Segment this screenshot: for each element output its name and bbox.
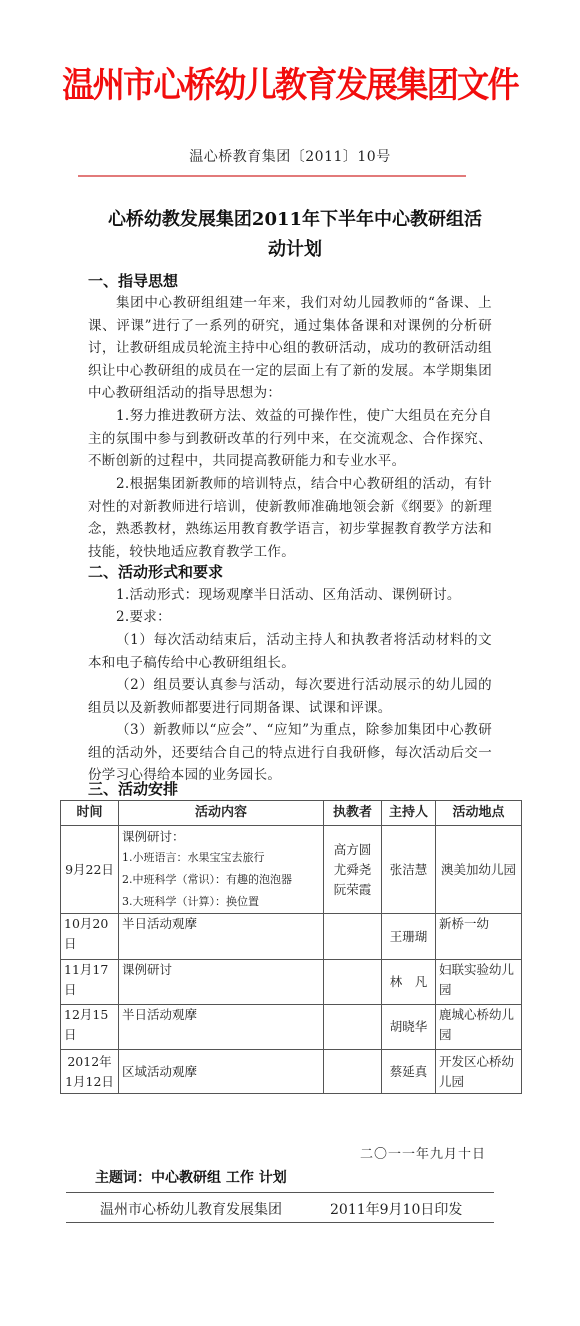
cell-content: 半日活动观摩 <box>119 914 324 960</box>
column-header-location: 活动地点 <box>436 801 522 826</box>
table-row: 11月17日 课例研讨 林 凡 妇联实验幼儿园 <box>61 960 522 1005</box>
cell-content: 课例研讨： 1.小班语言：水果宝宝去旅行 2.中班科学（常识）：有趣的泡泡器 3… <box>119 826 324 914</box>
content-item: 1.小班语言：水果宝宝去旅行 <box>122 847 320 869</box>
signature-date: 二〇一一年九月十日 <box>360 1143 486 1162</box>
org-title: 温州市心桥幼儿教育发展集团文件 <box>23 58 557 108</box>
document-number: 温心桥教育集团〔2011〕10号 <box>0 146 580 166</box>
cell-host: 王珊瑚 <box>382 914 436 960</box>
cell-time: 9月22日 <box>61 826 119 914</box>
subject-keywords: 主题词：中心教研组 工作 计划 <box>95 1167 287 1187</box>
table-row: 2012年1月12日 区域活动观摩 蔡延真 开发区心桥幼儿园 <box>61 1050 522 1094</box>
cell-location: 澳美加幼儿园 <box>436 826 522 914</box>
cell-host: 张洁慧 <box>382 826 436 914</box>
cell-host: 胡晓华 <box>382 1005 436 1050</box>
document-title-line1: 心桥幼教发展集团2011年下半年中心教研组活 <box>70 205 520 235</box>
table-row: 9月22日 课例研讨： 1.小班语言：水果宝宝去旅行 2.中班科学（常识）：有趣… <box>61 826 522 914</box>
content-title: 课例研讨： <box>122 827 320 847</box>
cell-host: 林 凡 <box>382 960 436 1005</box>
section-heading-schedule: 三、活动安排 <box>88 778 178 799</box>
cell-location: 新桥一幼 <box>436 914 522 960</box>
cell-content: 区域活动观摩 <box>119 1050 324 1094</box>
table-row: 10月20日 半日活动观摩 王珊瑚 新桥一幼 <box>61 914 522 960</box>
cell-time: 2012年1月12日 <box>61 1050 119 1094</box>
paragraph: 2.要求： <box>88 606 492 629</box>
cell-location: 开发区心桥幼儿园 <box>436 1050 522 1094</box>
table-row: 12月15日 半日活动观摩 胡晓华 鹿城心桥幼儿园 <box>61 1005 522 1050</box>
section-heading-guiding-ideas: 一、指导思想 <box>88 270 178 291</box>
paragraph: 1.活动形式：现场观摩半日活动、区角活动、课例研讨。 <box>88 584 492 607</box>
column-header-teacher: 执教者 <box>324 801 382 826</box>
cell-teachers: 高方圆 尤舜尧 阮荣霞 <box>324 826 382 914</box>
teacher-name: 高方圆 <box>327 840 378 860</box>
cell-location: 鹿城心桥幼儿园 <box>436 1005 522 1050</box>
paragraph: 集团中心教研组组建一年来，我们对幼儿园教师的“备课、上课、评课”进行了一系列的研… <box>88 292 492 405</box>
cell-time: 11月17日 <box>61 960 119 1005</box>
cell-teachers <box>324 1050 382 1094</box>
cell-teachers <box>324 960 382 1005</box>
header-divider <box>78 175 466 177</box>
paragraph: （2）组员要认真参与活动，每次要进行活动展示的幼儿园的组员以及新教师都要进行同期… <box>88 674 492 719</box>
column-header-time: 时间 <box>61 801 119 826</box>
subject-terms: 中心教研组 工作 计划 <box>151 1170 287 1186</box>
column-header-content: 活动内容 <box>119 801 324 826</box>
table-header-row: 时间 活动内容 执教者 主持人 活动地点 <box>61 801 522 826</box>
content-item: 2.中班科学（常识）：有趣的泡泡器 <box>122 869 320 891</box>
cell-time: 10月20日 <box>61 914 119 960</box>
cell-location: 妇联实验幼儿园 <box>436 960 522 1005</box>
paragraph: 1.努力推进教研方法、效益的可操作性，使广大组员在充分自主的氛围中参与到教研改革… <box>88 405 492 473</box>
cell-content: 课例研讨 <box>119 960 324 1005</box>
teacher-name: 尤舜尧 <box>327 860 378 880</box>
issuer-name: 温州市心桥幼儿教育发展集团 <box>100 1199 282 1219</box>
cell-content: 半日活动观摩 <box>119 1005 324 1050</box>
cell-teachers <box>324 1005 382 1050</box>
document-title: 心桥幼教发展集团2011年下半年中心教研组活 动计划 <box>70 205 520 265</box>
cell-time: 12月15日 <box>61 1005 119 1050</box>
cell-host: 蔡延真 <box>382 1050 436 1094</box>
section-heading-activity-form: 二、活动形式和要求 <box>88 561 223 582</box>
paragraph: 2.根据集团新教师的培训特点，结合中心教研组的活动，有针对性的对新教师进行培训，… <box>88 473 492 563</box>
paragraph: （1）每次活动结束后，活动主持人和执教者将活动材料的文本和电子稿传给中心教研组组… <box>88 629 492 674</box>
document-title-line2: 动计划 <box>70 235 520 265</box>
subject-label: 主题词： <box>95 1170 151 1186</box>
footer-divider-top <box>66 1192 494 1193</box>
teacher-name: 阮荣霞 <box>327 880 378 900</box>
paragraph: （3）新教师以“应会”、“应知”为重点，除参加集团中心教研组的活动外，还要结合自… <box>88 719 492 787</box>
footer-divider-bottom <box>66 1222 494 1223</box>
cell-teachers <box>324 914 382 960</box>
column-header-host: 主持人 <box>382 801 436 826</box>
content-item: 3.大班科学（计算）：换位置 <box>122 891 320 913</box>
issue-date: 2011年9月10日印发 <box>330 1199 462 1219</box>
schedule-table: 时间 活动内容 执教者 主持人 活动地点 9月22日 课例研讨： 1.小班语言：… <box>60 800 522 1094</box>
